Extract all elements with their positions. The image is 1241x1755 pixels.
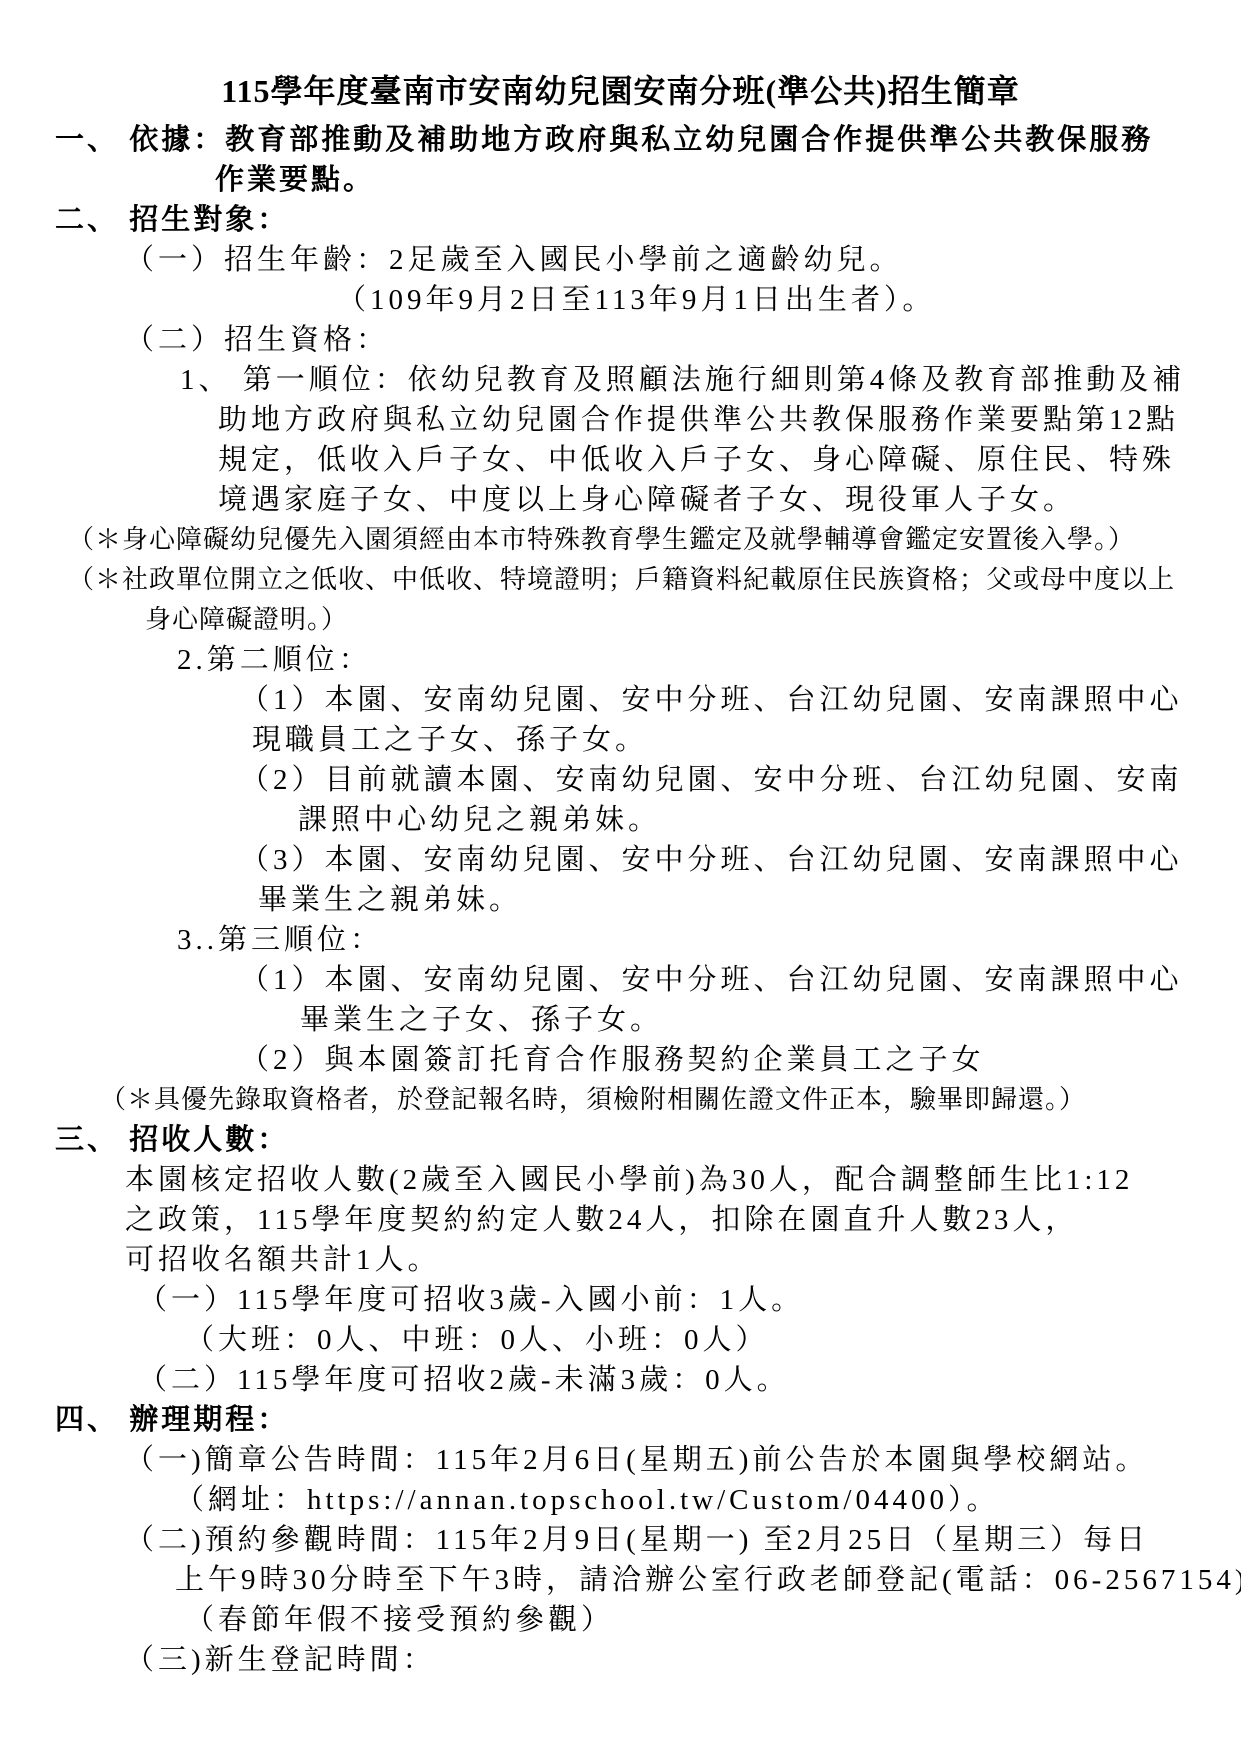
schedule-visit: （二)預約參觀時間：115年2月9日(星期一) 至2月25日（星期三）每日: [0, 1520, 1241, 1560]
priority-1-heading: 1、 第一順位：依幼兒教育及照顧法施行細則第4條及教育部推動及補: [0, 360, 1241, 400]
priority-2-item-3: （3）本園、安南幼兒園、安中分班、台江幼兒園、安南課照中心: [0, 840, 1241, 880]
schedule-announcement: （一)簡章公告時間：115年2月6日(星期五)前公告於本園與學校網站。: [0, 1440, 1241, 1480]
priority-1-line: 規定，低收入戶子女、中低收入戶子女、身心障礙、原住民、特殊: [0, 440, 1241, 480]
section-1-heading: 一、 依據：教育部推動及補助地方政府與私立幼兒園合作提供準公共教保服務: [0, 120, 1241, 160]
priority-2-item-1: （1）本園、安南幼兒園、安中分班、台江幼兒園、安南課照中心: [0, 680, 1241, 720]
note-disability-placement: （＊身心障礙幼兒優先入園須經由本市特殊教育學生鑑定及就學輔導會鑑定安置後入學。）: [0, 520, 1241, 560]
section-3-heading: 三、 招收人數：: [0, 1120, 1241, 1160]
page-title: 115學年度臺南市安南幼兒園安南分班(準公共)招生簡章: [0, 62, 1241, 120]
capacity-item-3yo: （一）115學年度可招收3歲-入國小前：1人。: [0, 1280, 1241, 1320]
priority-1-line: 助地方政府與私立幼兒園合作提供準公共教保服務作業要點第12點: [0, 400, 1241, 440]
priority-3-item-2: （2）與本園簽訂托育合作服務契約企業員工之子女: [0, 1040, 1241, 1080]
note-certificates: （＊社政單位開立之低收、中低收、特境證明；戶籍資料紀載原住民族資格；父或母中度以…: [0, 560, 1241, 600]
capacity-line: 之政策，115學年度契約約定人數24人，扣除在園直升人數23人，: [0, 1200, 1241, 1240]
capacity-line: 本園核定招收人數(2歲至入國民小學前)為30人，配合調整師生比1:12: [0, 1160, 1241, 1200]
schedule-visit-holiday-note: （春節年假不接受預約參觀）: [0, 1600, 1241, 1640]
priority-2-item-2-cont: 課照中心幼兒之親弟妹。: [0, 800, 1241, 840]
priority-2-item-3-cont: 畢業生之親弟妹。: [0, 880, 1241, 920]
section-2-heading: 二、 招生對象：: [0, 200, 1241, 240]
section-1-heading-cont: 作業要點。: [0, 160, 1241, 200]
note-certificates-cont: 身心障礙證明。）: [0, 600, 1241, 640]
note-priority-documents: （＊具優先錄取資格者，於登記報名時，須檢附相關佐證文件正本，驗畢即歸還。）: [0, 1080, 1241, 1120]
priority-2-heading: 2.第二順位：: [0, 640, 1241, 680]
capacity-item-2yo: （二）115學年度可招收2歲-未滿3歲：0人。: [0, 1360, 1241, 1400]
priority-2-item-2: （2）目前就讀本園、安南幼兒園、安中分班、台江幼兒園、安南: [0, 760, 1241, 800]
section-4-heading: 四、 辦理期程：: [0, 1400, 1241, 1440]
schedule-announcement-url: （網址：https://annan.topschool.tw/Custom/04…: [0, 1480, 1241, 1520]
item-enrollment-age-dates: （109年9月2日至113年9月1日出生者）。: [0, 280, 1241, 320]
capacity-item-classes: （大班：0人、中班：0人、小班：0人）: [0, 1320, 1241, 1360]
schedule-registration: （三)新生登記時間：: [0, 1640, 1241, 1680]
item-enrollment-qualification: （二）招生資格：: [0, 320, 1241, 360]
priority-3-heading: 3..第三順位：: [0, 920, 1241, 960]
item-enrollment-age: （一）招生年齡：2足歲至入國民小學前之適齡幼兒。: [0, 240, 1241, 280]
priority-1-line: 境遇家庭子女、中度以上身心障礙者子女、現役軍人子女。: [0, 480, 1241, 520]
schedule-visit-cont: 上午9時30分時至下午3時，請洽辦公室行政老師登記(電話：06-2567154)…: [0, 1560, 1241, 1600]
priority-3-item-1-cont: 畢業生之子女、孫子女。: [0, 1000, 1241, 1040]
priority-2-item-1-cont: 現職員工之子女、孫子女。: [0, 720, 1241, 760]
priority-3-item-1: （1）本園、安南幼兒園、安中分班、台江幼兒園、安南課照中心: [0, 960, 1241, 1000]
document-page: 115學年度臺南市安南幼兒園安南分班(準公共)招生簡章 一、 依據：教育部推動及…: [0, 0, 1241, 1680]
capacity-line: 可招收名額共計1人。: [0, 1240, 1241, 1280]
